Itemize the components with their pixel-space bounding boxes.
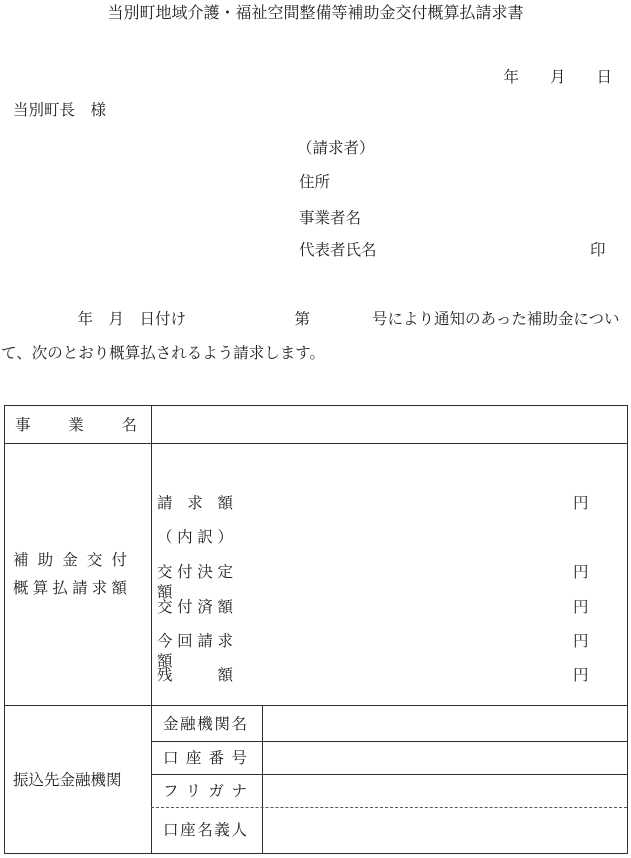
document-page: 当別町地域介護・福祉空間整備等補助金交付概算払請求書 年 月 日 当別町長 様 … (0, 0, 631, 858)
divider-row-project (5, 443, 627, 444)
body-text-line2: て、次のとおり概算払されるよう請求します。 (1, 343, 325, 363)
divider-column-main (151, 406, 152, 853)
bank-name-value-cell (263, 706, 626, 741)
project-name-value-cell (152, 407, 626, 443)
yen-unit-remaining: 円 (573, 665, 589, 685)
bank-name-label: 金融機関名 (163, 714, 247, 734)
yen-unit-grant-decided: 円 (573, 562, 589, 582)
bank-row-label: 振込先金融機関 (13, 770, 122, 790)
account-holder-value-cell (263, 808, 626, 853)
project-name-label: 事業名 (15, 415, 137, 435)
claimant-address-label: 住所 (299, 172, 330, 192)
claimant-business-name-label: 事業者名 (299, 208, 361, 228)
furigana-value-cell (263, 775, 626, 807)
yen-unit-current-request: 円 (573, 631, 589, 651)
granted-amount-label: 交付済額 (157, 597, 233, 617)
breakdown-label: （内訳） (157, 527, 233, 547)
document-title: 当別町地域介護・福祉空間整備等補助金交付概算払請求書 (0, 3, 631, 23)
request-amount-label: 請求額 (157, 493, 233, 513)
request-table: 事業名 補助金交付 概算払請求額 請求額 （内訳） 交付決定額 交付済額 今回請… (4, 405, 628, 854)
yen-unit-granted: 円 (573, 597, 589, 617)
body-text-line1: 年 月 日付け 第 号により通知のあった補助金につい (0, 309, 620, 329)
seal-mark: 印 (590, 240, 606, 260)
account-number-value-cell (263, 742, 626, 774)
amount-row-label-line1: 補助金交付 (13, 550, 127, 570)
grant-decided-amount-label: 交付決定額 (157, 562, 233, 602)
claimant-heading: （請求者） (297, 138, 375, 158)
remaining-amount-label: 残額 (157, 665, 233, 685)
claimant-representative-label: 代表者氏名 (299, 240, 377, 260)
amount-row-label-line2: 概算払請求額 (13, 578, 127, 598)
furigana-label: フリガナ (163, 781, 247, 801)
account-holder-label: 口座名義人 (163, 820, 247, 840)
yen-unit-request: 円 (573, 493, 589, 513)
account-number-label: 口座番号 (163, 748, 247, 768)
date-line: 年 月 日 (503, 67, 612, 87)
addressee: 当別町長 様 (13, 100, 106, 120)
